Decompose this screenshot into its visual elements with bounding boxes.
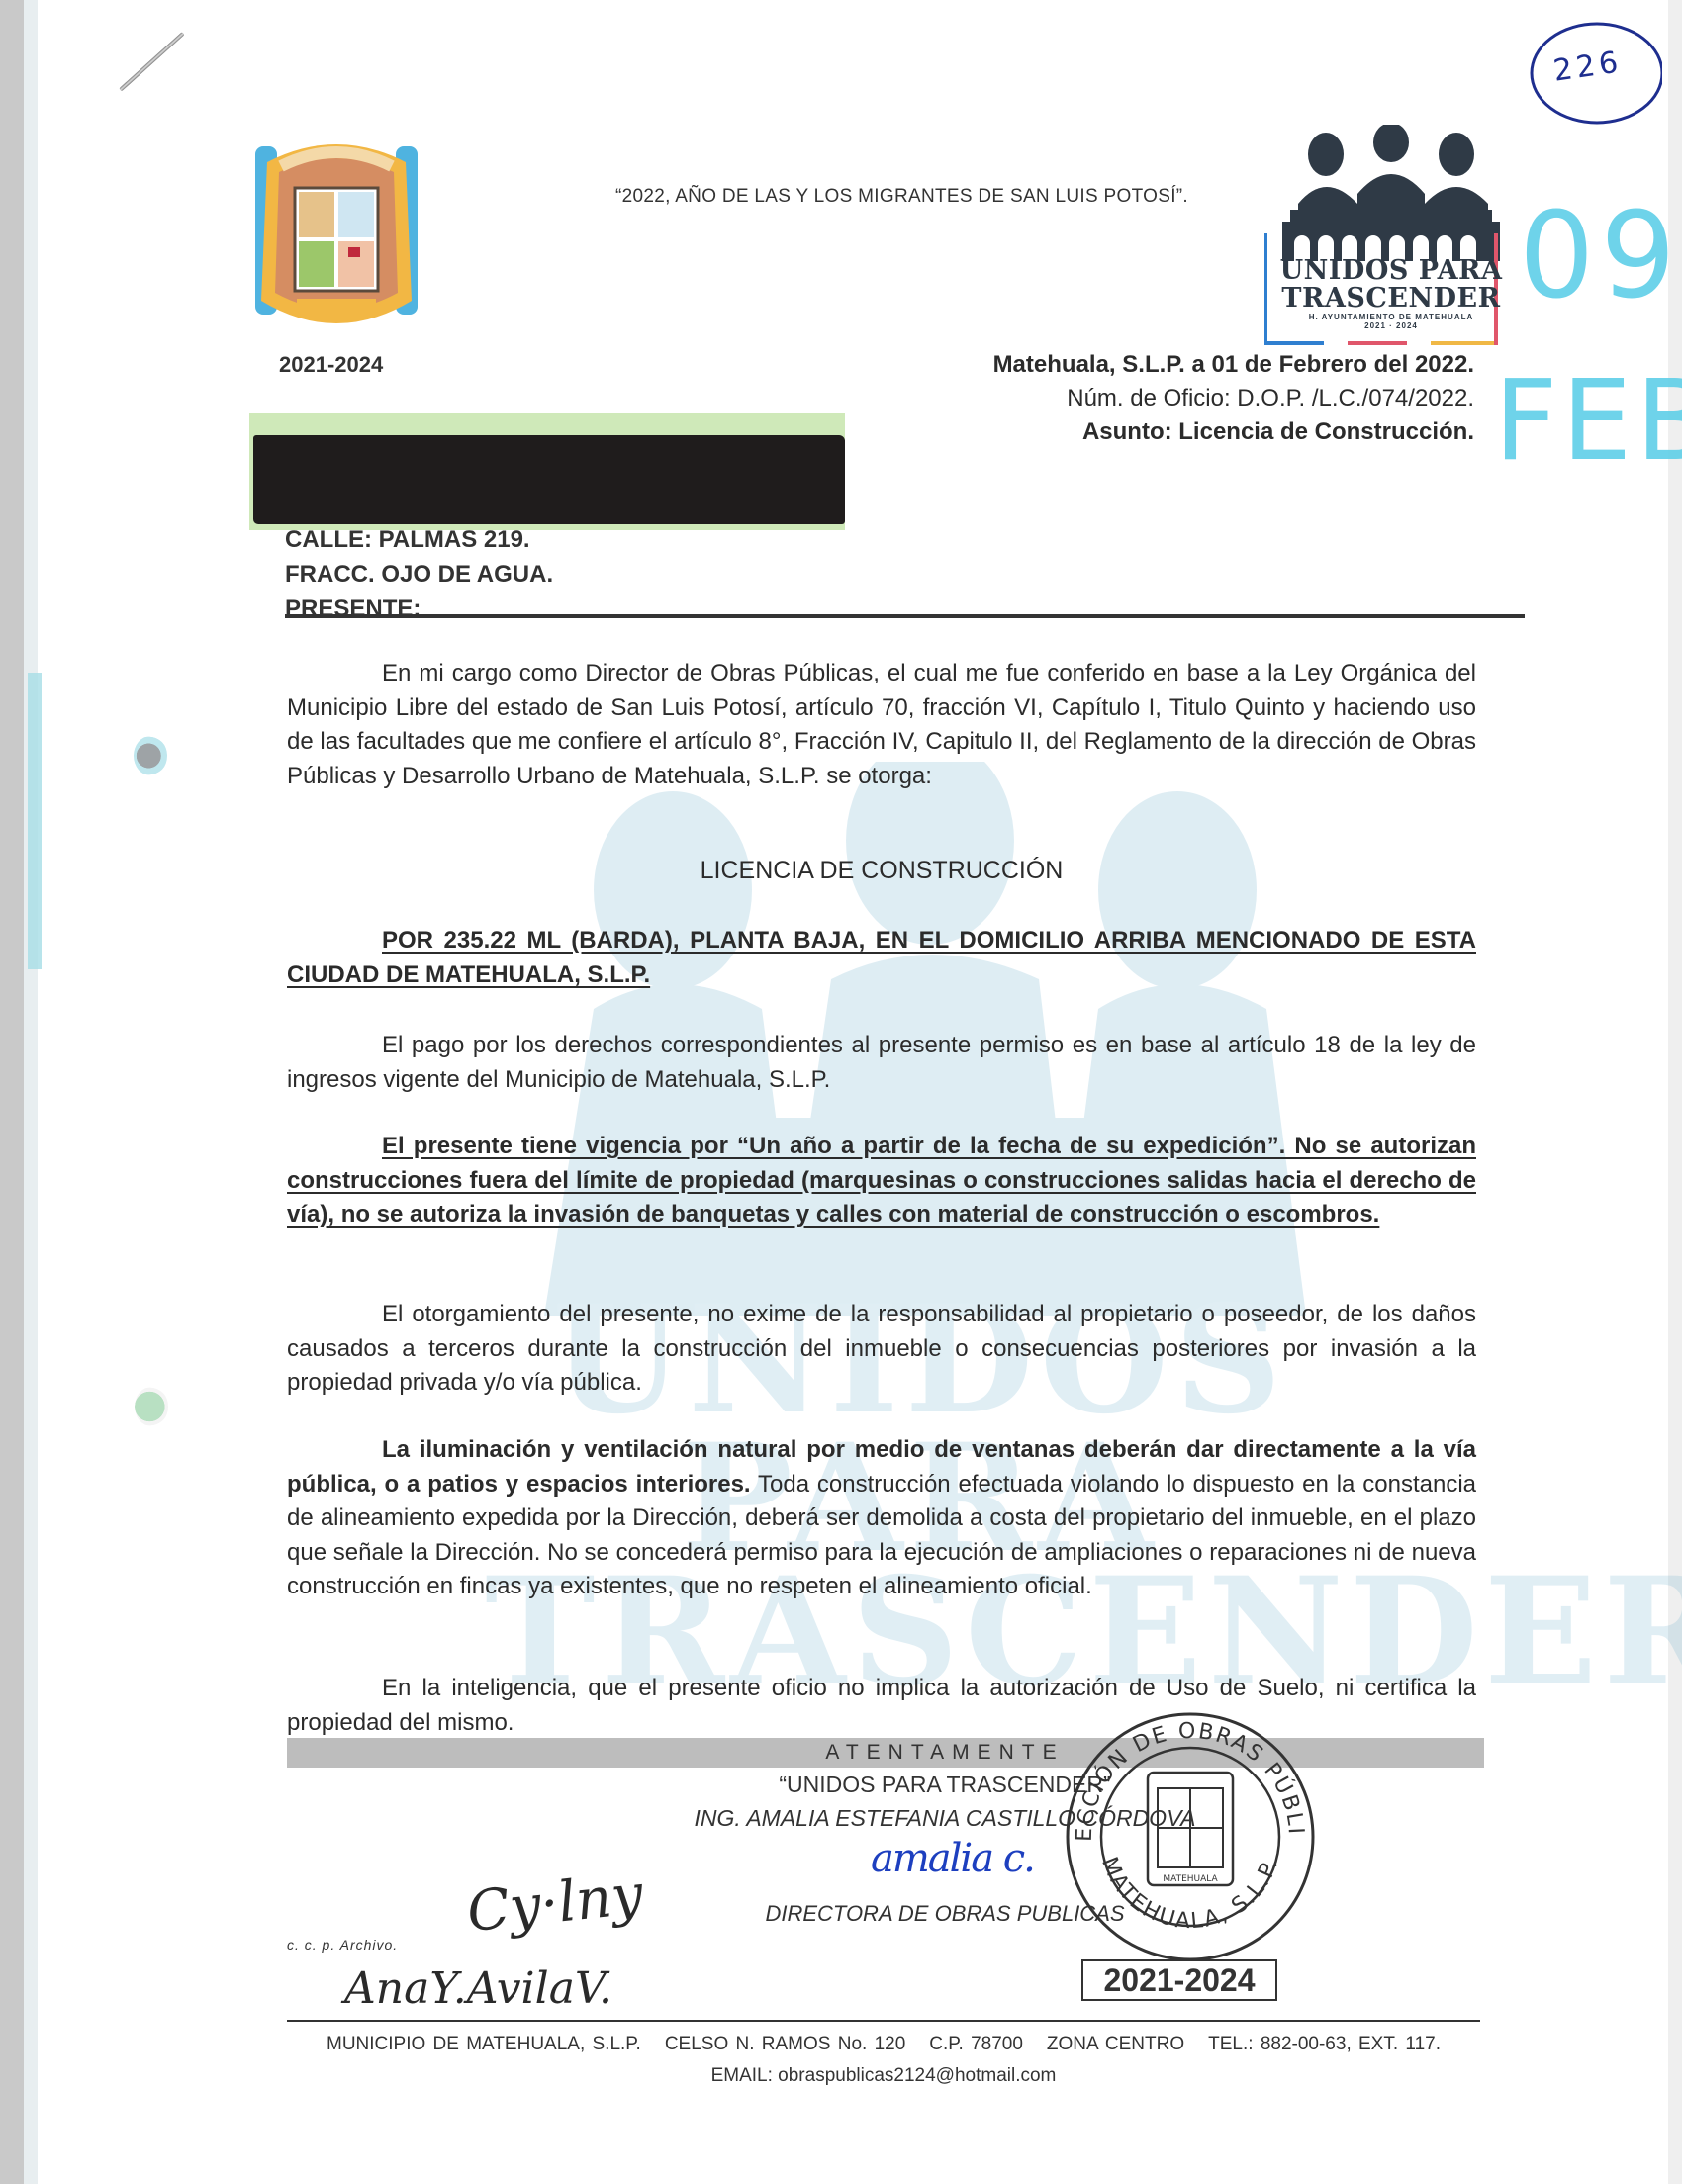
initials-signature-1: Cy·lny bbox=[464, 1863, 646, 1945]
shield-icon bbox=[247, 133, 425, 344]
logo-years: 2021 · 2024 bbox=[1259, 321, 1524, 330]
header-divider bbox=[285, 614, 1525, 618]
scan-edge-right bbox=[1668, 0, 1682, 2184]
logo-title-line1: UNIDOS PARA bbox=[1259, 257, 1524, 285]
footer-postal-code: C.P. 78700 bbox=[929, 2034, 1023, 2054]
footer-email: EMAIL: obraspublicas2124@hotmail.com bbox=[287, 2065, 1480, 2087]
official-seal-icon: DIRECCIÓN DE OBRAS PÚBLICAS MATEHUALA, S… bbox=[1061, 1707, 1320, 1966]
scan-edge-left-inner bbox=[24, 0, 38, 2184]
staple-mark bbox=[119, 32, 185, 92]
addressee-presente: PRESENTE: bbox=[285, 591, 553, 626]
shield-years: 2021-2024 bbox=[279, 352, 383, 378]
seal-years-box: 2021-2024 bbox=[1081, 1959, 1277, 2001]
addressee-neighborhood: FRACC. OJO DE AGUA. bbox=[285, 557, 553, 591]
oficio-number: Núm. de Oficio: D.O.P. /L.C./074/2022. bbox=[993, 382, 1474, 415]
addressee: CALLE: PALMAS 219. FRACC. OJO DE AGUA. P… bbox=[285, 522, 553, 626]
paragraph-payment: El pago por los derechos correspondiente… bbox=[287, 1029, 1476, 1097]
footer-municipality: MUNICIPIO DE MATEHUALA, S.L.P. bbox=[327, 2034, 641, 2054]
footer-zone: ZONA CENTRO bbox=[1047, 2034, 1184, 2054]
handwritten-month: FEB bbox=[1494, 366, 1682, 477]
punch-hole-bottom bbox=[135, 1387, 168, 1426]
initials-signature-2: AnaY.AvilaV. bbox=[344, 1963, 612, 2014]
paragraph-lighting: La iluminación y ventilación natural por… bbox=[287, 1433, 1476, 1604]
svg-text:DIRECCIÓN DE OBRAS PÚBLICAS: DIRECCIÓN DE OBRAS PÚBLICAS bbox=[1061, 1707, 1308, 1842]
logo-subtitle: H. AYUNTAMIENTO DE MATEHUALA bbox=[1259, 313, 1524, 321]
logo-title-line2: TRASCENDER bbox=[1259, 285, 1524, 313]
document-meta: Matehuala, S.L.P. a 01 de Febrero del 20… bbox=[993, 348, 1474, 449]
license-title: LICENCIA DE CONSTRUCCIÓN bbox=[287, 857, 1476, 885]
punch-hole-top bbox=[134, 736, 167, 775]
handwritten-day: 09 bbox=[1519, 198, 1682, 317]
scan-color-strip bbox=[28, 673, 42, 969]
footer-street: CELSO N. RAMOS No. 120 bbox=[665, 2034, 905, 2054]
scan-edge-left bbox=[0, 0, 24, 2184]
paragraph-liability: El otorgamiento del presente, no exime d… bbox=[287, 1298, 1476, 1401]
paragraph-validity: El presente tiene vigencia por “Un año a… bbox=[287, 1130, 1476, 1232]
paragraph-authority: En mi cargo como Director de Obras Públi… bbox=[287, 657, 1476, 793]
year-slogan: “2022, AÑO DE LAS Y LOS MIGRANTES DE SAN… bbox=[615, 186, 1188, 208]
footer-address: MUNICIPIO DE MATEHUALA, S.L.P.CELSO N. R… bbox=[287, 2034, 1480, 2055]
addressee-street: CALLE: PALMAS 219. bbox=[285, 522, 553, 557]
subject: Asunto: Licencia de Construcción. bbox=[993, 415, 1474, 449]
handwritten-signature: amalia c. bbox=[871, 1836, 1034, 1881]
footer-divider bbox=[287, 2020, 1480, 2022]
place-date: Matehuala, S.L.P. a 01 de Febrero del 20… bbox=[993, 348, 1474, 382]
redacted-name bbox=[253, 435, 845, 524]
cc-archive: c. c. p. Archivo. bbox=[287, 1937, 398, 1953]
municipal-shield-logo bbox=[247, 133, 425, 344]
paragraph-scope: POR 235.22 ML (BARDA), PLANTA BAJA, EN E… bbox=[287, 924, 1476, 992]
footer-phone: TEL.: 882-00-63, EXT. 117. bbox=[1208, 2034, 1441, 2054]
unidos-para-trascender-logo: UNIDOS PARA TRASCENDER H. AYUNTAMIENTO D… bbox=[1259, 125, 1524, 346]
svg-text:MATEHUALA: MATEHUALA bbox=[1163, 1874, 1218, 1884]
